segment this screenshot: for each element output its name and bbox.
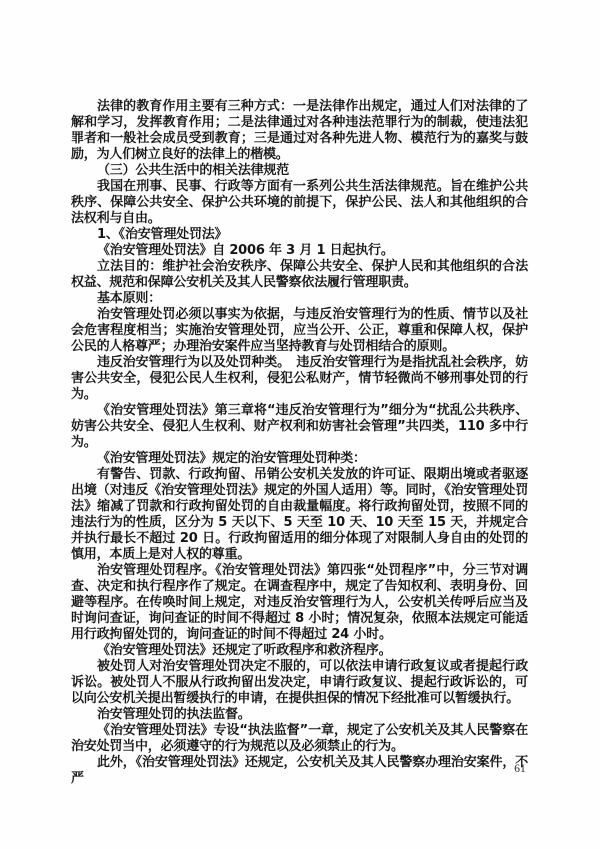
para-supervision-chapter: 《治安管理处罚法》专设“执法监督”一章，规定了公安机关及其人民警察在治安处罚当中… <box>71 723 528 755</box>
para-effective-date: 《治安管理处罚法》自 2006 年 3 月 1 日起执行。 <box>71 243 528 259</box>
heading-psa-punishment-law: 1、《治安管理处罚法》 <box>71 227 528 243</box>
page-number: 61 <box>492 763 548 775</box>
heading-enforcement-supervision: 治安管理处罚的执法监督。 <box>71 707 528 723</box>
para-violation-definition: 违反治安管理行为以及处罚种类。 违反治安管理行为是指扰乱社会秩序，妨害公共安全，… <box>71 355 528 403</box>
para-review-and-litigation: 被处罚人对治安管理处罚决定不服的，可以依法申请行政复议或者提起行政诉讼。被处罚人… <box>71 659 528 707</box>
para-hearing-and-remedy: 《治安管理处罚法》还规定了听政程序和救济程序。 <box>71 643 528 659</box>
para-punishment-kinds-detail: 有警告、罚款、行政拘留、吊销公安机关发放的许可证、限期出境或者驱逐出境（对违反《… <box>71 467 528 563</box>
para-punishment-kinds-intro: 《治安管理处罚法》规定的治安管理处罚种类： <box>71 451 528 467</box>
body-text-block: 法律的教育作用主要有三种方式：一是法律作出规定，通过人们对法律的了解和学习，发挥… <box>71 99 528 787</box>
para-punishment-procedure: 治安管理处罚程序。《治安管理处罚法》第四张“处罚程序”中，分三节对调查、决定和执… <box>71 563 528 643</box>
para-legal-education-role: 法律的教育作用主要有三种方式：一是法律作出规定，通过人们对法律的了解和学习，发挥… <box>71 99 528 163</box>
heading-public-life-section: （三）公共生活中的相关法律规范 <box>71 163 528 179</box>
heading-basic-principles: 基本原则： <box>71 291 528 307</box>
para-legislative-purpose: 立法目的：维护社会治安秩序、保障公共安全、保护人民和其他组织的合法权益、规范和保… <box>71 259 528 291</box>
para-public-life-overview: 我国在刑事、民事、行政等方面有一系列公共生活法律规范。旨在维护公共秩序、保障公共… <box>71 179 528 227</box>
para-additional-provisions: 此外，《治安管理处罚法》还规定，公安机关及其人民警察办理治安案件，不严 <box>71 755 528 787</box>
book-page: 法律的教育作用主要有三种方式：一是法律作出规定，通过人们对法律的了解和学习，发挥… <box>0 0 600 849</box>
para-basic-principles: 治安管理处罚必须以事实为依据，与违反治安管理行为的性质、情节以及社会危害程度相当… <box>71 307 528 355</box>
para-chapter3-categories: 《治安管理处罚法》第三章将“违反治安管理行为”细分为“扰乱公共秩序、妨害公共安全… <box>71 403 528 451</box>
